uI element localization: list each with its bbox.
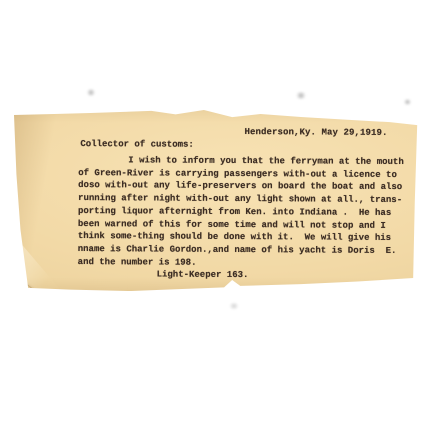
letter-dateline: Henderson,Ky. May 29,1919.	[244, 127, 387, 138]
scan-background: { "letter": { "dateline": "Henderson,Ky.…	[0, 0, 430, 430]
letter-content: 3: Henderson,Ky. May 29,1919. Collector …	[13, 110, 418, 296]
letter-body-line: and the number is 198.	[78, 256, 426, 271]
letter-body: I wish to inform you that the ferryman a…	[78, 154, 427, 270]
letter-salutation: Collector of customs:	[80, 139, 193, 150]
scan-speck	[295, 92, 307, 99]
letter-signature: Light-Keeper 163.	[157, 270, 249, 281]
scan-speck	[228, 303, 240, 309]
handwritten-date-mark: 3:	[345, 113, 352, 121]
letter-paper: 3: Henderson,Ky. May 29,1919. Collector …	[14, 110, 418, 294]
scan-speck	[403, 99, 412, 105]
scan-speck	[86, 89, 96, 96]
